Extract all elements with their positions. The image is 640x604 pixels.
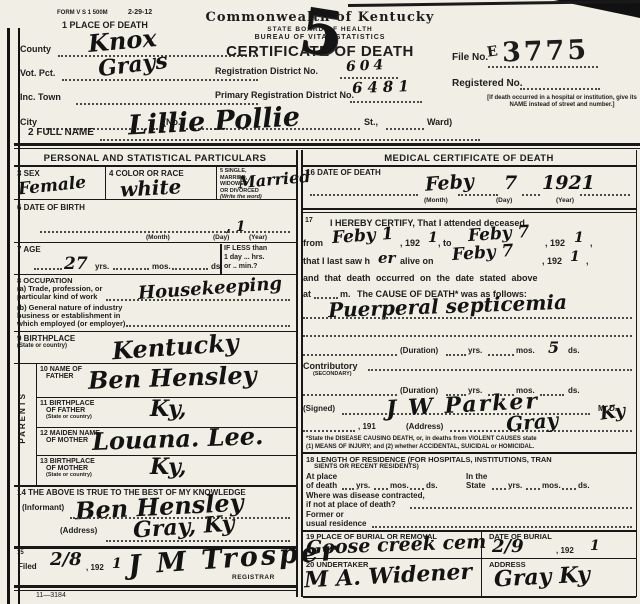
stamp-numeral-five: 5 bbox=[295, 0, 349, 72]
birthplace-note: (State or country) bbox=[17, 343, 67, 349]
ward-line bbox=[386, 128, 424, 130]
attended-from-date: Feby 1 bbox=[331, 224, 394, 248]
duration2-line-3 bbox=[540, 394, 564, 396]
filed-year-printed: , 192 bbox=[86, 563, 104, 572]
age-label: 7 AGE bbox=[17, 245, 41, 254]
last-saw-label: that I last saw h bbox=[303, 256, 370, 266]
bottom-rule bbox=[303, 596, 636, 598]
parents-rule bbox=[14, 485, 296, 487]
dob-year-caption: (Year) bbox=[249, 234, 267, 241]
informant-address-value: Gray, Ky bbox=[132, 510, 235, 543]
medical-title-rule bbox=[303, 165, 636, 167]
father-birthplace-label-2: OF FATHER bbox=[46, 407, 85, 414]
duration-line-1 bbox=[446, 354, 466, 356]
father-name-label-1: 10 NAME OF bbox=[40, 366, 82, 373]
date-of-death-year: 1921 bbox=[542, 172, 595, 194]
registration-district-label: Registration District No. bbox=[215, 66, 318, 76]
mother-birthplace-value: Ky, bbox=[150, 454, 186, 480]
where-contracted-line bbox=[410, 507, 632, 509]
full-name-line bbox=[100, 139, 480, 141]
physician-address-city: Gray bbox=[505, 408, 559, 436]
dod-line-1 bbox=[310, 194, 418, 196]
certify-section-number: 17 bbox=[305, 217, 313, 224]
former-residence-label-1: Former or bbox=[306, 510, 344, 519]
personal-title-rule bbox=[14, 165, 296, 167]
father-name-value: Ben Hensley bbox=[88, 360, 258, 395]
res-line-3 bbox=[410, 488, 424, 490]
res-state-yrs-label: yrs. bbox=[508, 481, 522, 490]
res-line-4 bbox=[492, 488, 506, 490]
last-saw-year-printed: , 192 bbox=[542, 256, 562, 266]
father-birthplace-value: Ky, bbox=[150, 396, 186, 422]
date191-lead-line bbox=[303, 430, 355, 432]
burial-date-value: 2/9 bbox=[492, 536, 524, 557]
filed-label: Filed bbox=[18, 562, 37, 571]
father-name-label-2: FATHER bbox=[46, 373, 73, 380]
dob-line bbox=[40, 231, 290, 233]
dod-line-3 bbox=[522, 194, 540, 196]
duration-ds-label: ds. bbox=[568, 346, 580, 355]
duration2-lead-line bbox=[303, 394, 397, 396]
res-line-5 bbox=[526, 488, 540, 490]
birthplace-value: Kentucky bbox=[111, 328, 239, 366]
res-ds-label: ds. bbox=[426, 481, 438, 490]
res-line-1 bbox=[342, 488, 354, 490]
res-line-6 bbox=[562, 488, 576, 490]
header-divider-thin bbox=[14, 148, 640, 149]
header-divider-heavy bbox=[14, 143, 640, 146]
occupation-a-label-2: particular kind of work bbox=[17, 292, 97, 301]
ward-label: Ward) bbox=[427, 117, 452, 127]
date-of-death-day: 7 bbox=[504, 172, 517, 194]
residence-label-2: SIENTS OR RECENT RESIDENTS) bbox=[314, 463, 419, 470]
duration-mos-label: mos. bbox=[516, 346, 535, 355]
age-value: 27 bbox=[64, 254, 88, 274]
res-line-2 bbox=[374, 488, 388, 490]
occupation-b-line bbox=[126, 325, 290, 327]
last-saw-date: Feby 7 bbox=[451, 241, 514, 265]
filed-section-number: 15 bbox=[17, 550, 24, 556]
burial-year-printed: , 192 bbox=[556, 546, 574, 555]
year-191-printed: , 191 bbox=[358, 422, 376, 431]
duration-label: (Duration) bbox=[400, 346, 438, 355]
of-death-label: of death bbox=[306, 481, 337, 490]
file-no-label: File No. bbox=[452, 52, 488, 63]
undertaker-divider bbox=[481, 558, 482, 596]
personal-section-title: PERSONAL AND STATISTICAL PARTICULARS bbox=[44, 153, 267, 164]
res-state-mos-label: mos. bbox=[542, 481, 561, 490]
county-label: County bbox=[20, 44, 51, 54]
dob-day-caption: (Day) bbox=[213, 234, 229, 241]
mother-birthplace-label-2: OF MOTHER bbox=[46, 465, 88, 472]
sex-race-divider bbox=[105, 167, 106, 199]
dod-month-caption: (Month) bbox=[424, 197, 448, 204]
form-number: FORM V S 1 500M bbox=[57, 10, 108, 16]
occupation-b-label-3: which employed (or employer) bbox=[17, 319, 125, 328]
footnote-line-2: (1) MEANS OF INJURY; and (2) whether ACC… bbox=[306, 444, 534, 450]
to-comma: , bbox=[590, 238, 593, 248]
physician-address-state: Ky bbox=[599, 400, 627, 424]
full-name-label: 2 FULL NAME bbox=[28, 127, 94, 138]
filed-rule-thin bbox=[14, 590, 296, 591]
date-of-death-month: Feby bbox=[424, 170, 474, 195]
vot-pct-line bbox=[62, 79, 258, 81]
primary-registration-line bbox=[350, 101, 422, 103]
burial-year-value: 1 bbox=[590, 538, 600, 554]
contributory-label: Contributory bbox=[303, 361, 358, 371]
full-name-value: Lillie Pollie bbox=[127, 102, 301, 142]
city-label: City bbox=[20, 117, 37, 127]
primary-registration-value: 6481 bbox=[352, 77, 414, 97]
filed-rule-heavy bbox=[14, 585, 296, 588]
duration-yrs-label: yrs. bbox=[468, 346, 482, 355]
occupation-a-line bbox=[106, 299, 290, 301]
mother-name-value: Louana. Lee. bbox=[92, 421, 264, 456]
death-certificate-scan: FORM V S 1 500M 2-29-12 1 PLACE OF DEATH… bbox=[0, 0, 640, 604]
former-residence-label-2: usual residence bbox=[306, 519, 366, 528]
registrar-label: REGISTRAR bbox=[232, 574, 275, 581]
if-less-box-left bbox=[220, 244, 222, 274]
undertaker-address-value: Gray Ky bbox=[493, 562, 590, 593]
at-place-label: At place bbox=[306, 472, 337, 481]
from-year-printed: , 192 bbox=[400, 238, 420, 248]
right-edge-line bbox=[636, 150, 637, 597]
where-contracted-label-1: Where was disease contracted, bbox=[306, 491, 425, 500]
cause-line-1 bbox=[303, 317, 632, 319]
state-label: State bbox=[466, 481, 486, 490]
former-residence-line bbox=[372, 526, 632, 528]
inc-town-label: Inc. Town bbox=[20, 92, 61, 102]
physician-address-label: (Address) bbox=[406, 422, 443, 431]
father-birthplace-label-1: 11 BIRTHPLACE bbox=[40, 400, 94, 407]
footer-code: 11—3184 bbox=[36, 592, 66, 599]
age-yrs-label: yrs. bbox=[95, 262, 109, 271]
in-the-label: In the bbox=[466, 472, 487, 481]
to-label: , to bbox=[438, 238, 452, 248]
registration-district-value: 604 bbox=[346, 57, 388, 75]
from-year-value: 1 bbox=[428, 230, 438, 246]
informant-label: (Informant) bbox=[22, 503, 64, 512]
last-saw-comma: , bbox=[586, 256, 589, 266]
death-occurred-statement: and that death occurred on the date stat… bbox=[303, 273, 538, 283]
res-yrs-label: yrs. bbox=[356, 481, 370, 490]
signed-label: (Signed) bbox=[303, 404, 335, 413]
alive-on-label: alive on bbox=[400, 256, 434, 266]
file-no-value: 3775 bbox=[501, 34, 589, 68]
father-birthplace-note: (State or country) bbox=[46, 414, 92, 420]
to-year-value: 1 bbox=[574, 230, 584, 246]
filed-date-value: 2/8 bbox=[50, 549, 82, 570]
birthplace-label: 9 BIRTHPLACE bbox=[17, 334, 75, 343]
from-label: from bbox=[303, 238, 323, 248]
age-line-1 bbox=[34, 268, 62, 270]
occupation-rule bbox=[14, 331, 296, 332]
age-line-2 bbox=[113, 268, 149, 270]
res-mos-label: mos. bbox=[390, 481, 409, 490]
where-contracted-label-2: if not at place of death? bbox=[306, 500, 396, 509]
if-less-label-3: or .. min.? bbox=[224, 263, 257, 270]
parents-strip-divider bbox=[36, 363, 37, 486]
dod-line-2 bbox=[458, 194, 498, 196]
last-saw-year-value: 1 bbox=[570, 249, 580, 265]
cause-line-2 bbox=[303, 335, 632, 337]
last-saw-her: er bbox=[378, 249, 395, 267]
footnote-line-1: *State the DISEASE CAUSING DEATH, or, in… bbox=[306, 436, 537, 442]
parents-group-label: PARENTS bbox=[18, 392, 27, 444]
marital-note: (Write the word) bbox=[220, 194, 262, 200]
form-date: 2-29-12 bbox=[128, 9, 152, 16]
dob-rule bbox=[14, 242, 296, 243]
duration2-ds-label: ds. bbox=[568, 386, 580, 395]
mother-birthplace-label-1: 13 BIRTHPLACE bbox=[40, 458, 95, 465]
duration-lead-line bbox=[303, 354, 397, 356]
date-of-death-label: 16 DATE OF DEATH bbox=[306, 168, 381, 177]
medical-section-title: MEDICAL CERTIFICATE OF DEATH bbox=[384, 153, 554, 164]
race-marital-divider bbox=[216, 167, 217, 199]
column-divider-a bbox=[296, 150, 298, 597]
street-label: St., bbox=[364, 117, 378, 127]
mother-birthplace-note: (State or country) bbox=[46, 472, 92, 478]
if-less-label-1: IF LESS than bbox=[224, 245, 267, 252]
res-state-ds-label: ds. bbox=[578, 481, 590, 490]
dob-label: 6 DATE OF BIRTH bbox=[17, 203, 85, 212]
duration-days-value: 5 bbox=[548, 338, 559, 357]
dod-year-caption: (Year) bbox=[556, 197, 574, 204]
filed-year-value: 1 bbox=[112, 556, 122, 572]
race-value: white bbox=[119, 174, 182, 201]
primary-registration-label: Primary Registration District No. bbox=[215, 90, 354, 100]
duration-line-2 bbox=[488, 354, 514, 356]
footnote-rule bbox=[303, 452, 636, 454]
age-mos-label: mos. bbox=[152, 262, 171, 271]
dod-line-4 bbox=[580, 194, 630, 196]
file-no-line bbox=[488, 66, 598, 68]
to-year-printed: , 192 bbox=[545, 238, 565, 248]
mother-name-label-2: OF MOTHER bbox=[46, 437, 88, 444]
dob-month-caption: (Month) bbox=[146, 234, 170, 241]
registered-no-label: Registered No. bbox=[452, 78, 523, 89]
informant-address-label: (Address) bbox=[60, 526, 97, 535]
at-label: at bbox=[303, 289, 311, 299]
dod-day-caption: (Day) bbox=[496, 197, 512, 204]
contributory-line bbox=[368, 369, 632, 371]
dod-rule-b bbox=[303, 212, 636, 213]
hospital-note: [If death occurred in a hospital or inst… bbox=[487, 95, 637, 109]
registered-no-line bbox=[520, 88, 600, 90]
vot-pct-label: Vot. Pct. bbox=[20, 68, 55, 78]
marital-value: Married bbox=[237, 167, 311, 192]
age-line-3 bbox=[172, 268, 208, 270]
secondary-label: (SECONDARY) bbox=[313, 371, 352, 377]
file-no-stamp-mark: E bbox=[486, 43, 499, 60]
if-less-label-2: 1 day ... hrs. bbox=[224, 254, 264, 261]
dod-rule-a bbox=[303, 208, 636, 210]
